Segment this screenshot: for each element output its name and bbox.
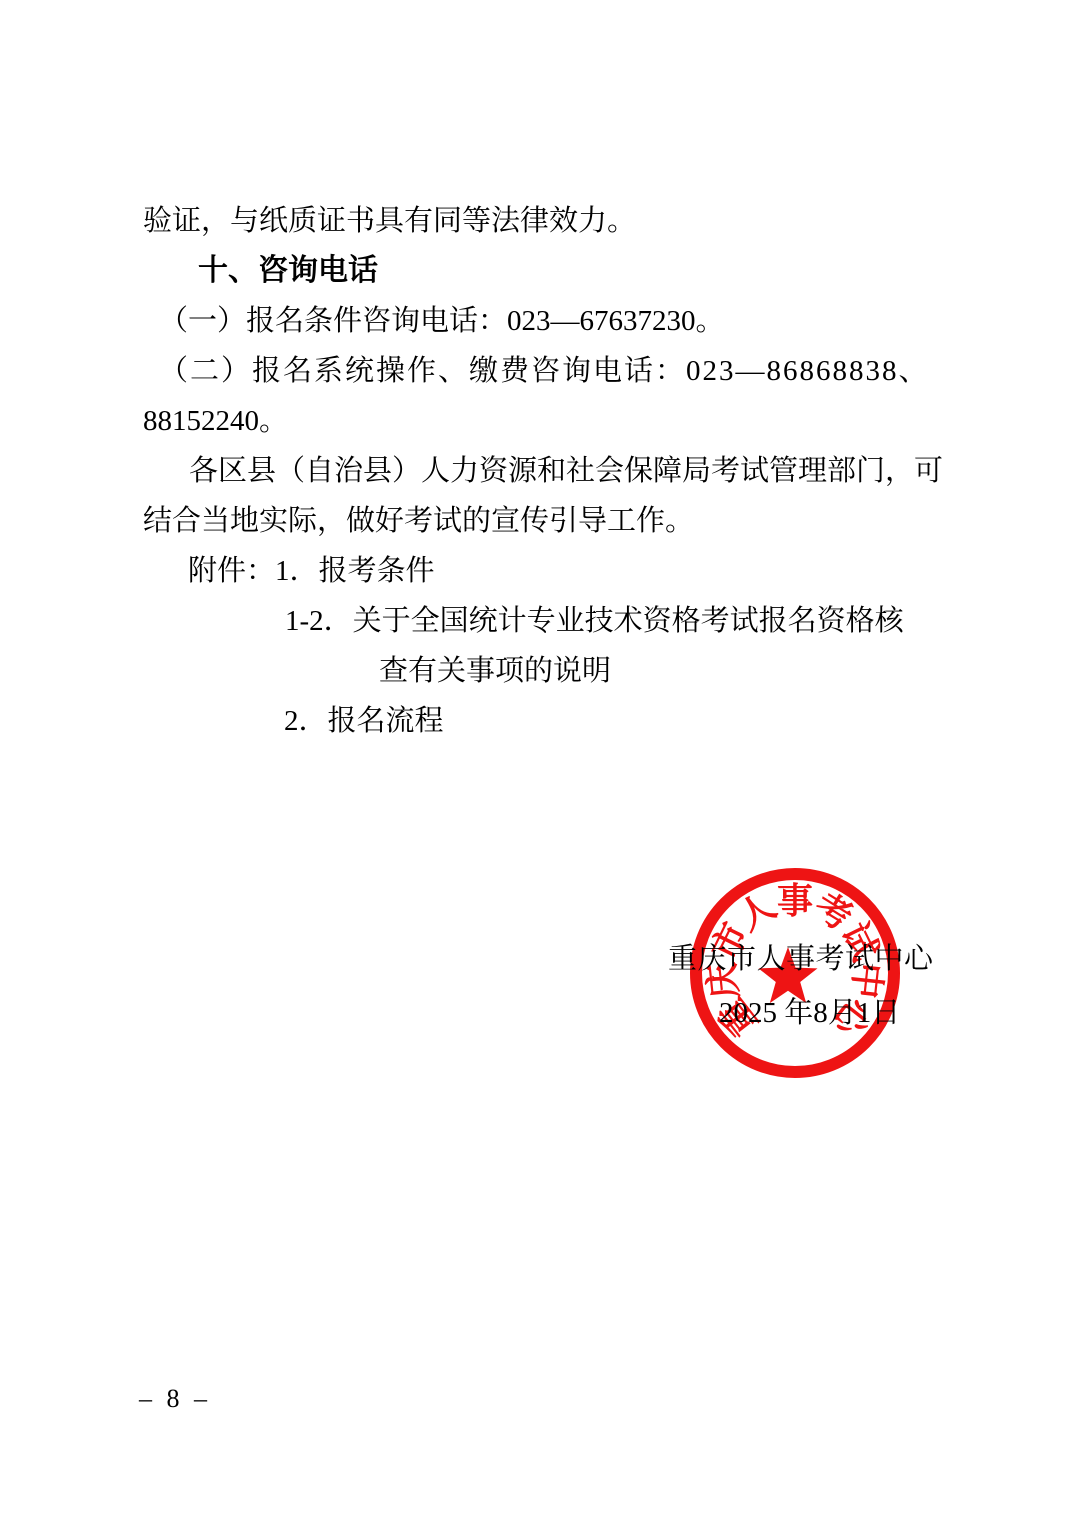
- text-line: 各区县（自治县）人力资源和社会保障局考试管理部门，可: [143, 446, 953, 496]
- attachment-line-2: 2．报名流程: [143, 696, 953, 746]
- attachment-line-1: 附件：1．报考条件: [143, 546, 953, 596]
- attachment-line-1-2-cont: 查有关事项的说明: [143, 646, 953, 696]
- text-line: （二）报名系统操作、缴费咨询电话：023—86868838、: [143, 346, 953, 396]
- official-seal: 重 庆 市 人 事 考 试 中 心: [688, 866, 902, 1080]
- seal-star-icon: [759, 947, 818, 1003]
- text-line: 88152240。: [143, 396, 953, 446]
- attachment-line-1-2: 1-2．关于全国统计专业技术资格考试报名资格核: [143, 596, 953, 646]
- section-heading: 十、咨询电话: [143, 246, 953, 296]
- document-page: 验证，与纸质证书具有同等法律效力。 十、咨询电话 （一）报名条件咨询电话：023…: [0, 0, 1074, 1520]
- svg-text:事: 事: [777, 881, 813, 921]
- text-line: 验证，与纸质证书具有同等法律效力。: [143, 196, 953, 246]
- page-number: – 8 –: [139, 1384, 211, 1414]
- text-line: 结合当地实际，做好考试的宣传引导工作。: [143, 496, 953, 546]
- document-body: 验证，与纸质证书具有同等法律效力。 十、咨询电话 （一）报名条件咨询电话：023…: [143, 196, 953, 746]
- text-line: （一）报名条件咨询电话：023—67637230。: [143, 296, 953, 346]
